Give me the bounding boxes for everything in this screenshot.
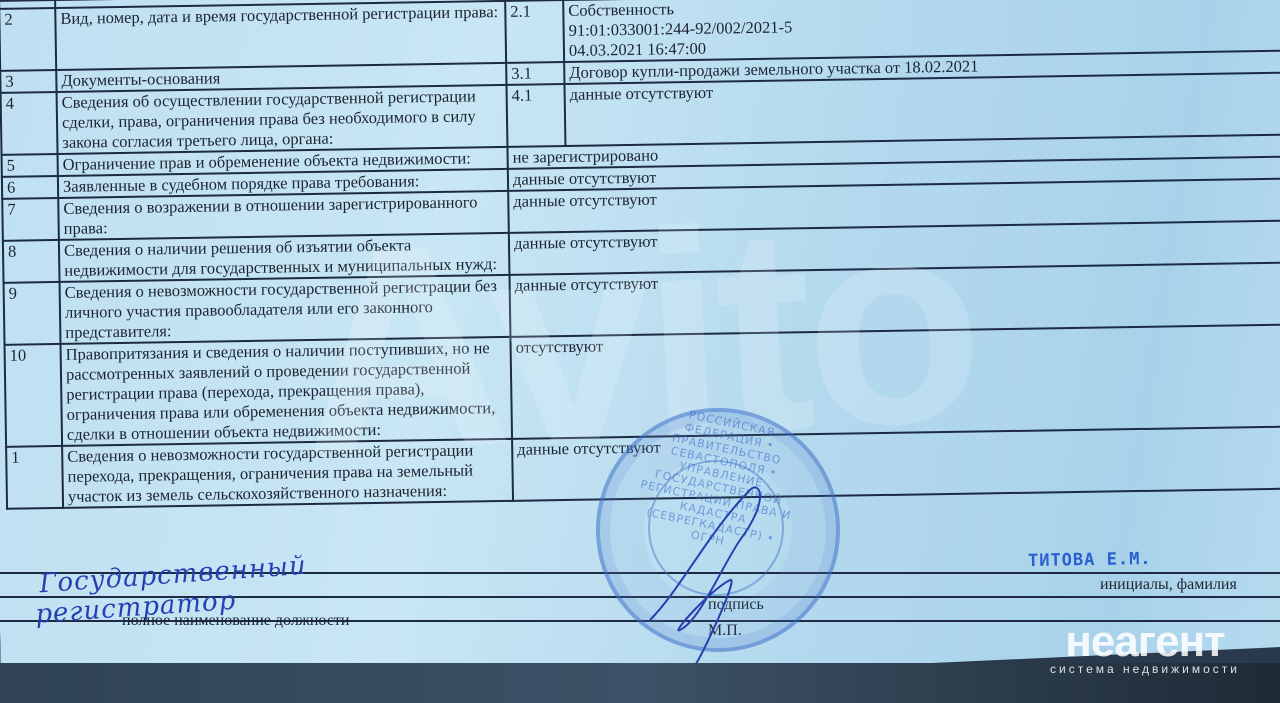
registry-table: 2Вид, номер, дата и время государственно…	[0, 0, 1280, 510]
row-value: отсутствуют	[510, 324, 1280, 438]
row-number: 6	[2, 176, 58, 199]
row-number: 8	[3, 240, 60, 283]
row-number: 9	[4, 282, 61, 345]
row-subnumber: 3.1	[506, 62, 564, 85]
row-number: 5	[2, 154, 58, 177]
row-label: Сведения о возражении в отношении зареги…	[58, 191, 509, 240]
row-value: данные отсутствуют	[564, 72, 1280, 146]
position-caption: полное наименование должности	[122, 612, 349, 630]
stamped-name: ТИТОВА Е.М.	[1028, 549, 1152, 571]
row-number: 2	[0, 8, 56, 71]
row-number: 3	[0, 70, 56, 93]
row-number: 7	[2, 198, 59, 241]
row-label: Сведения о наличии решения об изъятии об…	[59, 233, 510, 282]
row-label: Сведения о невозможности государственной…	[60, 275, 511, 344]
neagent-tagline: система недвижимости	[1050, 662, 1240, 676]
row-subnumber: 4.1	[506, 84, 565, 147]
name-caption: инициалы, фамилия	[1100, 576, 1237, 594]
neagent-brand: неагент	[1050, 622, 1240, 662]
signature-scribble-icon	[640, 470, 820, 670]
row-subnumber: 2.1	[505, 0, 564, 63]
table-row: 10Правопритязания и сведения о наличии п…	[5, 324, 1280, 446]
neagent-watermark: неагент система недвижимости	[1050, 622, 1240, 676]
row-label: Сведения о невозможности государственной…	[62, 439, 513, 508]
row-label: Вид, номер, дата и время государственной…	[55, 1, 506, 70]
row-number: 10	[5, 344, 63, 447]
row-label: Сведения об осуществлении государственно…	[57, 85, 508, 154]
row-label: Правопритязания и сведения о наличии пос…	[61, 337, 513, 446]
row-number: 1	[6, 446, 63, 509]
row-number: 4	[1, 92, 58, 155]
